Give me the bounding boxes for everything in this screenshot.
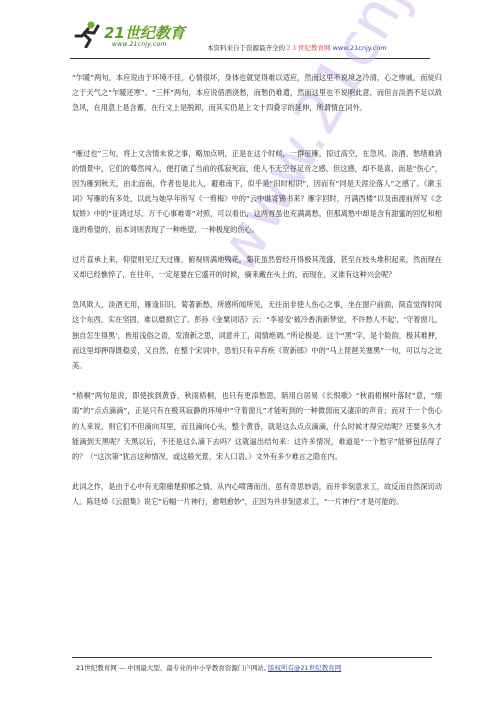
site-logo[interactable]: 21世纪教育 www.21cnjy.com bbox=[74, 12, 204, 52]
copyright-link[interactable]: 版权所有@21世纪教育网 bbox=[268, 663, 341, 672]
running-figure-icon bbox=[74, 20, 100, 48]
article-body: “乍暖”两句，本应说由于环境不佳，心情很坏，身体也就觉得难以适应，然而这里不说境… bbox=[72, 70, 442, 510]
paragraph-6: 此词之作，是由于心中有无限痛楚抑郁之情，从内心喷薄而出，虽有奇思妙语，而并非刻意… bbox=[72, 479, 442, 509]
paragraph-2: “雁过也”三句，将上文含情未说之事，略加点明，正是在这个时候，一群征雁，掠过高空… bbox=[72, 146, 442, 237]
footer-divider bbox=[72, 657, 432, 658]
logo-text: 21世纪教育 bbox=[104, 22, 185, 43]
tagline-prefix: 本资料来自于资源最齐全的 bbox=[207, 44, 285, 52]
footer-text: 21世纪教育网 — 中国最大型、最专业的中小学教育资源门户网站。 bbox=[76, 663, 270, 672]
logo-url: www.21cnjy.com bbox=[112, 41, 167, 48]
paragraph-4: 急风欺人，淡酒无用，雁逢旧识，菊著新愁，所感所闻所见，无往而非使人伤心之事，坐在… bbox=[72, 297, 442, 373]
paragraph-1: “乍暖”两句，本应说由于环境不佳，心情很坏，身体也就觉得难以适应，然而这里不说境… bbox=[72, 70, 442, 116]
paragraph-5: “梧桐”两句是说，即使挨到黄昏，秋雨梧桐，也只有更添愁思，暗用白居易《长恨歌》“… bbox=[72, 388, 442, 464]
paragraph-3: 过片直承上来，仰望则见辽天过雁，俯视则满地残花，菊花虽然曾经开得极其茂盛，甚至在… bbox=[72, 252, 442, 282]
